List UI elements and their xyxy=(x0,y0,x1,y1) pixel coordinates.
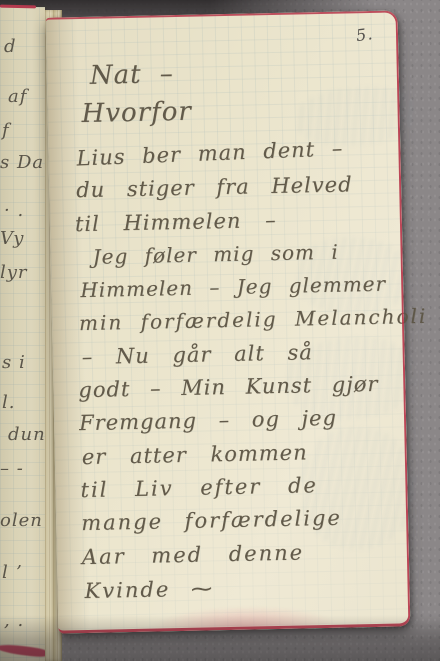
left-page-text-fragment: dun xyxy=(8,424,46,445)
fabric-shadow-bottom xyxy=(0,615,440,661)
left-page-text-fragment: – - xyxy=(0,458,24,479)
handwriting-line: – Nu går alt så xyxy=(81,340,313,369)
left-page-text-fragment: lyr xyxy=(0,262,28,283)
left-page-edge: d af f s Dah · . Vy lyr s i l. dun – - o… xyxy=(0,7,45,661)
handwriting-line: Nat – xyxy=(90,59,175,91)
page-number: 5. xyxy=(355,24,375,45)
handwriting-line: er atter kommen xyxy=(82,440,308,469)
handwriting-line: Hvorfor xyxy=(81,97,192,129)
left-page-text-fragment: olen xyxy=(0,510,43,531)
left-page-text-fragment: · . xyxy=(4,200,24,221)
handwriting-line: Kvinde ⁓ xyxy=(84,576,214,603)
left-page-text-fragment: d xyxy=(4,36,17,57)
left-page-text-fragment: f xyxy=(2,120,10,141)
handwriting-line: Aar med denne xyxy=(82,540,305,569)
left-page-text-fragment: s i xyxy=(2,352,26,373)
handwriting-line: til Himmelen – xyxy=(75,208,277,236)
notebook-photo: d af f s Dah · . Vy lyr s i l. dun – - o… xyxy=(0,0,440,661)
notebook-page: 5. Nat – Hvorfor Lius ber man dent – du … xyxy=(46,10,411,633)
left-page-text-fragment: l ʼ xyxy=(2,562,22,583)
left-page-text-fragment: af xyxy=(8,86,27,107)
handwriting-line: Jeg føler mig som i xyxy=(92,240,339,269)
left-page-text-fragment: Vy xyxy=(0,228,24,249)
handwriting-line: til Liv efter de xyxy=(80,473,318,502)
left-page-text-fragment: l. xyxy=(2,392,15,413)
